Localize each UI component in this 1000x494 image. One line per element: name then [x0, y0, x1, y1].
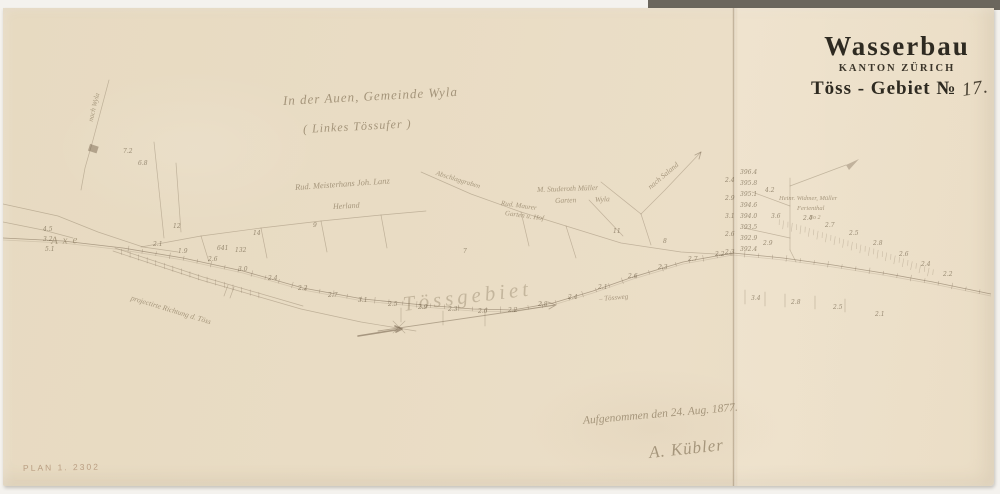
survey-number: 2.2: [715, 252, 725, 258]
title-wasserbau: Wasserbau: [811, 32, 983, 60]
survey-number: 2.6: [899, 252, 909, 258]
survey-number: 5.1: [45, 247, 55, 253]
title-toess-gebiet: Töss - Gebiet № 17.: [811, 78, 983, 100]
survey-number: 2.2: [943, 272, 953, 278]
survey-number: 3.2: [43, 237, 53, 243]
survey-number: 3.0: [238, 267, 248, 273]
survey-number: 2.8: [791, 300, 801, 306]
survey-number: 2.1: [598, 285, 608, 291]
survey-number: 392.9: [740, 236, 757, 242]
survey-number: 2.2: [298, 286, 308, 292]
survey-number: 7: [463, 249, 467, 255]
survey-number: 3.4: [751, 296, 761, 302]
survey-number: 2.6: [478, 309, 488, 315]
survey-number: 2.7: [825, 223, 835, 229]
survey-number: 2.3: [658, 265, 668, 271]
survey-number: 394.0: [740, 214, 757, 220]
survey-number: 395.1: [740, 192, 757, 198]
title-block: Wasserbau KANTON ZÜRICH Töss - Gebiet № …: [811, 32, 983, 100]
survey-number: 132: [235, 248, 246, 254]
survey-number: 2.5: [833, 305, 843, 311]
survey-number: 2.7: [688, 257, 698, 263]
survey-number: 392.4: [740, 247, 757, 253]
survey-number: 2.8: [538, 302, 548, 308]
survey-number: 4.5: [43, 227, 53, 233]
scanned-plan: In der Auen, Gemeinde Wyla ( Linkes Töss…: [0, 0, 1000, 494]
survey-number: 394.6: [740, 203, 757, 209]
survey-number: 2.6: [208, 257, 218, 263]
survey-number: 2.5: [849, 231, 859, 237]
survey-number: 2.3: [448, 307, 458, 313]
survey-number: 14: [253, 231, 261, 237]
survey-number: 2.4: [921, 262, 931, 268]
survey-number: 393.5: [740, 225, 757, 231]
survey-number: 8: [663, 239, 667, 245]
gebiet-number: 17.: [961, 77, 991, 103]
survey-number: 2.4: [725, 178, 735, 184]
survey-number: 396.4: [740, 170, 757, 176]
survey-number: 3.1: [725, 214, 735, 220]
survey-number: 9: [313, 223, 317, 229]
survey-number: 2.6: [628, 274, 638, 280]
title-gebiet-prefix: Töss - Gebiet №: [811, 78, 956, 99]
title-kanton-zuerich: KANTON ZÜRICH: [811, 63, 983, 74]
survey-number: 2.1: [875, 312, 885, 318]
survey-number: 2.2: [508, 308, 518, 314]
survey-number: 7.2: [123, 149, 133, 155]
survey-number: 2.5: [388, 302, 398, 308]
survey-number: 2.1: [153, 242, 163, 248]
survey-number: 2.4: [268, 276, 278, 282]
survey-number: 2.4: [568, 295, 578, 301]
survey-number: 2.7: [328, 293, 338, 299]
survey-number: 11: [613, 229, 621, 235]
plan-paper-sheet: In der Auen, Gemeinde Wyla ( Linkes Töss…: [3, 8, 994, 486]
survey-number: 641: [217, 246, 228, 252]
survey-number: 6.8: [138, 161, 148, 167]
survey-number: 3.6: [771, 214, 781, 220]
survey-number: 2.8: [873, 241, 883, 247]
survey-number: 2.6: [725, 232, 735, 238]
survey-number: 2.4: [803, 216, 813, 222]
survey-number: 1.9: [178, 249, 188, 255]
survey-number: 3.1: [358, 298, 368, 304]
survey-number: 12: [173, 224, 181, 230]
survey-number: 395.8: [740, 181, 757, 187]
survey-number: 4.2: [765, 188, 775, 194]
survey-number: 2.3: [725, 250, 735, 256]
survey-number: 2.9: [725, 196, 735, 202]
survey-number: 2.9: [418, 305, 428, 311]
survey-number: 2.9: [763, 241, 773, 247]
